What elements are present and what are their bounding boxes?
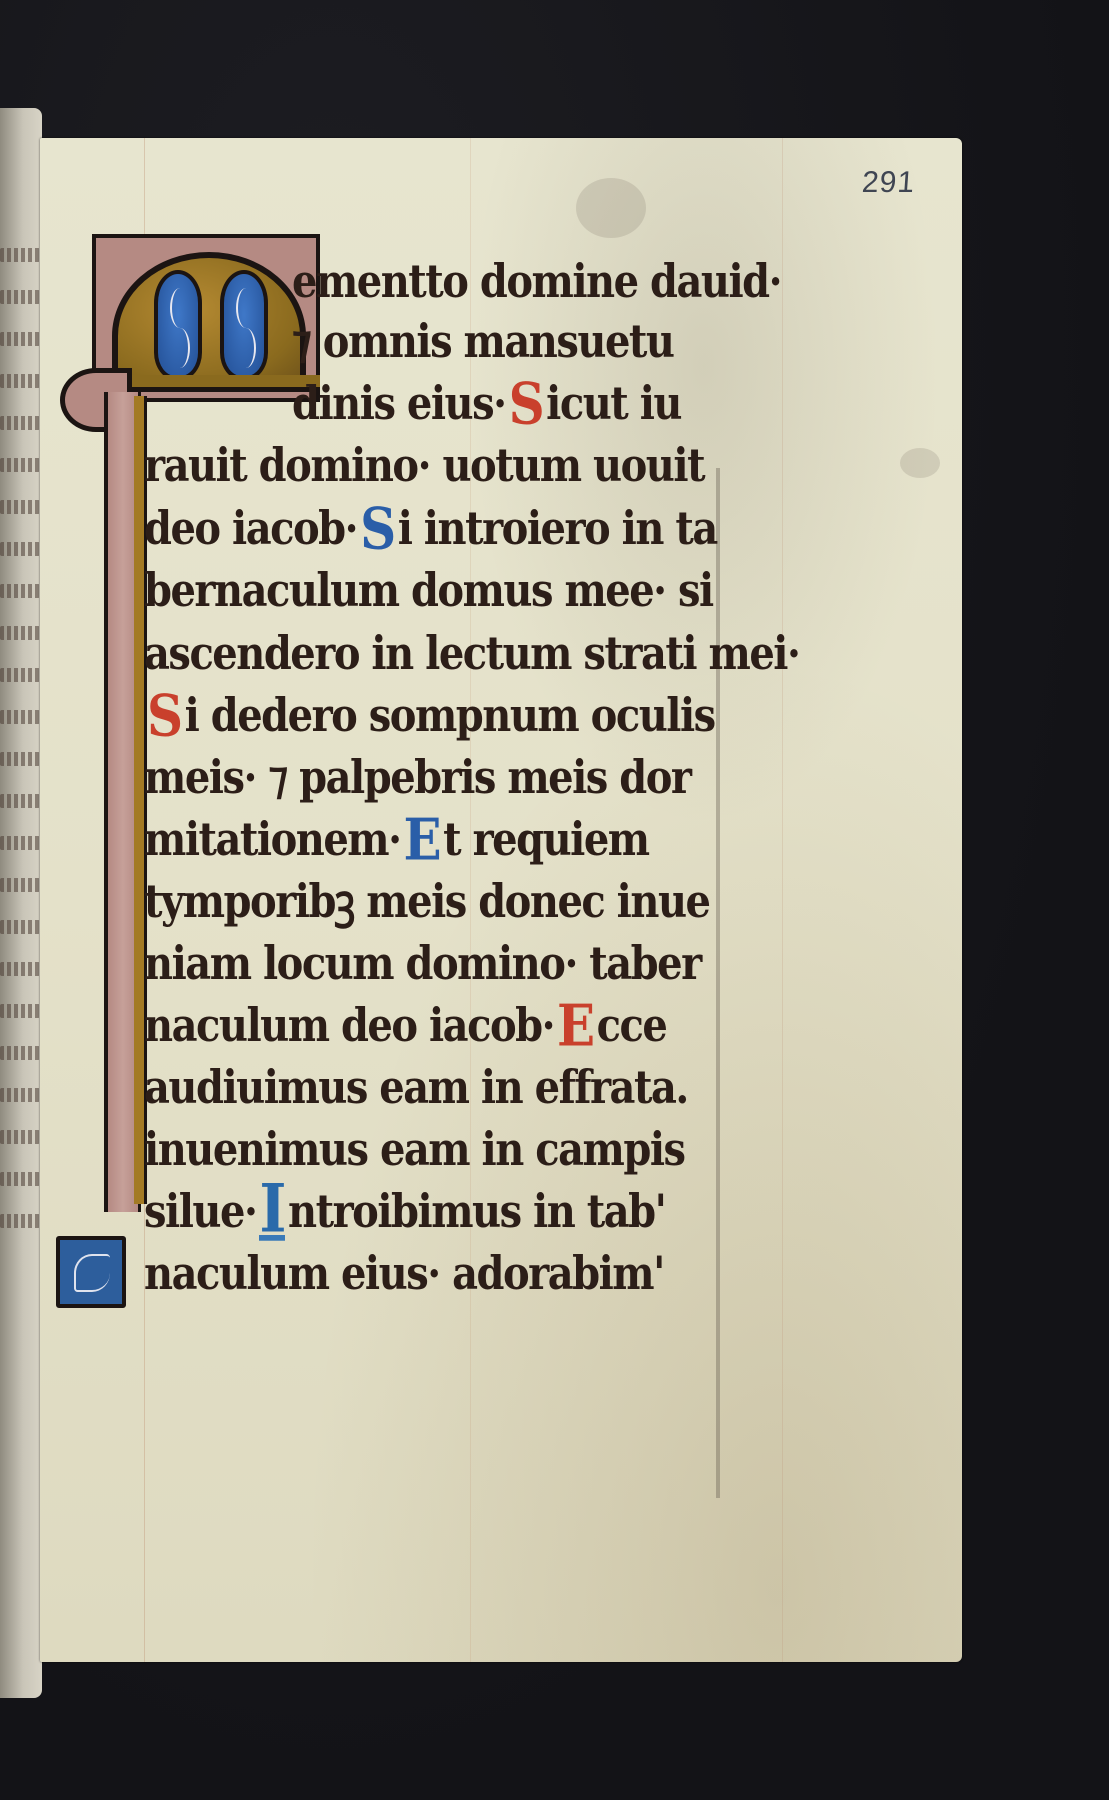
- text-segment: tymporibꝫ meis donec inue: [144, 874, 709, 928]
- text-line: naculum eius· adorabim': [144, 1242, 664, 1306]
- ghost-text: [0, 878, 40, 892]
- ghost-text: [0, 332, 40, 346]
- ghost-text: [0, 1214, 40, 1228]
- text-segment: icut iu: [546, 376, 681, 430]
- text-line: bernaculum domus mee· si: [144, 559, 713, 623]
- text-segment: ⁊ omnis mansuetu: [292, 314, 673, 368]
- ghost-text: [0, 374, 40, 388]
- initial-gold-bar: [118, 375, 320, 392]
- text-segment: dinis eius·: [292, 376, 506, 430]
- text-segment: audiuimus eam in effrata.: [144, 1060, 688, 1114]
- ghost-text: [0, 542, 40, 556]
- ghost-text: [0, 920, 40, 934]
- ghost-text: [0, 1088, 40, 1102]
- text-line: Si dedero sompnum oculis: [144, 684, 715, 748]
- lombard-capital: S: [147, 687, 182, 745]
- ghost-text: [0, 500, 40, 514]
- folio-number: 291: [861, 166, 916, 200]
- initial-blue-counter-left: [154, 270, 202, 380]
- manuscript-page: 291 ementto domine dauid·⁊ omnis mansuet…: [40, 138, 962, 1662]
- text-segment: deo iacob·: [144, 501, 357, 555]
- text-line: inuenimus eam in campis: [144, 1118, 685, 1182]
- text-line: ascendero in lectum strati mei·: [144, 622, 799, 686]
- ghost-text: [0, 458, 40, 472]
- ghost-text: [0, 584, 40, 598]
- text-line: silue·Introibimus in tab': [144, 1180, 665, 1244]
- text-segment: rauit domino· uotum uouit: [144, 438, 704, 492]
- ghost-text: [0, 290, 40, 304]
- ghost-text: [0, 710, 40, 724]
- ghost-text: [0, 1172, 40, 1186]
- stain: [576, 178, 646, 238]
- text-line: niam locum domino· taber: [144, 932, 701, 996]
- text-line: mitationem·Et requiem: [144, 808, 649, 872]
- text-line: ⁊ omnis mansuetu: [292, 310, 673, 374]
- text-segment: cce: [597, 998, 667, 1052]
- text-line: meis· ⁊ palpebris meis dor: [144, 746, 690, 810]
- text-segment: silue·: [144, 1184, 256, 1238]
- ghost-text: [0, 416, 40, 430]
- text-segment: bernaculum domus mee· si: [144, 563, 713, 617]
- text-line: tymporibꝫ meis donec inue: [144, 870, 709, 934]
- border-terminal-blue: [56, 1236, 126, 1308]
- lombard-capital: S: [509, 375, 544, 433]
- ruling-line: [782, 138, 783, 1662]
- text-segment: naculum eius· adorabim': [144, 1246, 664, 1300]
- ghost-text: [0, 626, 40, 640]
- ghost-text: [0, 1004, 40, 1018]
- text-segment: t requiem: [443, 812, 648, 866]
- stain: [900, 448, 940, 478]
- lombard-capital: E: [557, 997, 594, 1055]
- text-segment: niam locum domino· taber: [144, 936, 701, 990]
- lombard-capital: S: [360, 500, 395, 558]
- previous-leaf-edge: [0, 108, 42, 1698]
- ghost-text: [0, 248, 40, 262]
- ghost-text: [0, 962, 40, 976]
- text-segment: naculum deo iacob·: [144, 998, 554, 1052]
- text-segment: i introiero in ta: [398, 501, 717, 555]
- initial-blue-counter-right: [220, 270, 268, 380]
- text-line: rauit domino· uotum uouit: [144, 434, 704, 498]
- ghost-text: [0, 752, 40, 766]
- lombard-capital: I: [259, 1182, 285, 1241]
- ghost-text: [0, 1046, 40, 1060]
- text-segment: inuenimus eam in campis: [144, 1122, 685, 1176]
- text-line: ementto domine dauid·: [292, 250, 781, 314]
- text-segment: i dedero sompnum oculis: [185, 688, 715, 742]
- ghost-text: [0, 1130, 40, 1144]
- text-segment: meis· ⁊ palpebris meis dor: [144, 750, 690, 804]
- text-segment: ementto domine dauid·: [292, 254, 781, 308]
- ghost-text: [0, 668, 40, 682]
- text-segment: ascendero in lectum strati mei·: [144, 626, 799, 680]
- text-segment: mitationem·: [144, 812, 401, 866]
- text-line: audiuimus eam in effrata.: [144, 1056, 688, 1120]
- ghost-text: [0, 836, 40, 850]
- text-line: naculum deo iacob·Ecce: [144, 994, 666, 1058]
- text-line: dinis eius·Sicut iu: [292, 372, 681, 436]
- initial-letter-m: [112, 252, 306, 392]
- text-line: deo iacob·Si introiero in ta: [144, 497, 717, 561]
- lombard-capital: E: [404, 811, 441, 869]
- ghost-text: [0, 794, 40, 808]
- text-segment: ntroibimus in tab': [288, 1184, 665, 1238]
